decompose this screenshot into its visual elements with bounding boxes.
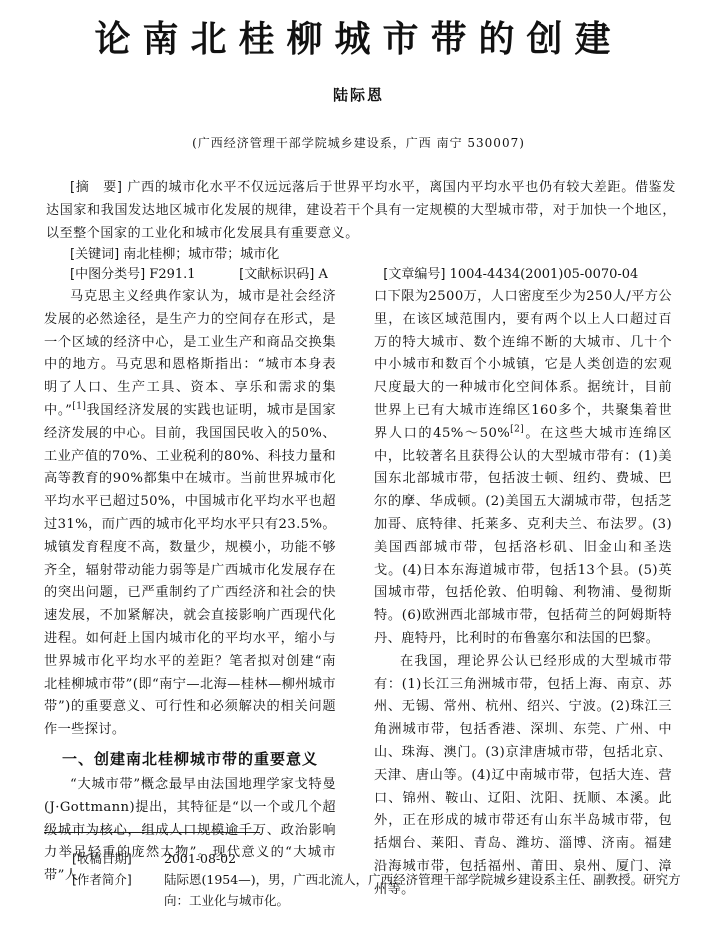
doc-code-value: A [318,267,327,282]
received-value: 2001-08-02 [164,848,692,869]
author-bio: [作者简介] 陆际恩(1954—)，男，广西北流人，广西经济管理干部学院城乡建设… [72,869,692,911]
document-code: [文献标识码] A [239,265,379,285]
left-column: 马克思主义经典作家认为，城市是社会经济发展的必然途径，是生产力的空间存在形式，是… [44,286,336,888]
citation-ref: [1] [72,402,86,412]
received-label: [收稿日期] [72,848,164,869]
abstract-text: 广西的城市化水平不仅远远落后于世界平均水平，离国内平均水平也仍有较大差距。借鉴发… [46,180,676,241]
keywords-text: 南北桂柳；城市带；城市化 [123,247,279,262]
keywords: [关键词] 南北桂柳；城市带；城市化 [70,245,279,265]
paper-title: 论南北桂柳城市带的创建 [0,18,717,62]
clc-label: [中图分类号] [70,267,145,282]
footnote: [收稿日期] 2001-08-02 [作者简介] 陆际恩(1954—)，男，广西… [72,848,692,911]
paragraph: 马克思主义经典作家认为，城市是社会经济发展的必然途径，是生产力的空间存在形式，是… [44,286,336,742]
clc-value: F291.1 [149,267,195,282]
footnote-divider [44,832,260,833]
classification-row: [中图分类号] F291.1 [文献标识码] A [文章编号] 1004-443… [70,265,690,285]
bio-value: 陆际恩(1954—)，男，广西北流人，广西经济管理干部学院城乡建设系主任、副教授… [164,869,692,911]
paragraph-text: 我国经济发展的实践也证明，城市是国家经济发展的中心。目前，我国国民收入的50%、… [44,403,336,737]
bio-label: [作者简介] [72,869,164,911]
keywords-label: [关键词] [70,247,119,262]
paragraph-text: 。在这些大城市连绵区中，比较著名且获得公认的大型城市带有：(1)美国东北部城市带… [374,426,672,646]
paragraph: 口下限为2500万，人口密度至少为250人/平方公里，在该区域范围内，要有两个以… [374,286,672,651]
section-heading: 一、创建南北桂柳城市带的重要意义 [44,746,336,772]
received-date: [收稿日期] 2001-08-02 [72,848,692,869]
clc-number: [中图分类号] F291.1 [70,265,235,285]
article-no-value: 1004-4434(2001)05-0070-04 [450,267,639,282]
paragraph-text: 马克思主义经典作家认为，城市是社会经济发展的必然途径，是生产力的空间存在形式，是… [44,289,336,418]
author-affiliation: (广西经济管理干部学院城乡建设系，广西 南宁 530007) [0,134,717,151]
paragraph-text: 口下限为2500万，人口密度至少为250人/平方公里，在该区域范围内，要有两个以… [374,289,672,441]
article-number: [文章编号] 1004-4434(2001)05-0070-04 [383,265,638,285]
abstract: [摘 要] 广西的城市化水平不仅远远落后于世界平均水平，离国内平均水平也仍有较大… [46,176,676,245]
abstract-label: [摘 要] [70,180,123,195]
author-name: 陆际恩 [0,84,717,105]
article-no-label: [文章编号] [383,267,445,282]
citation-ref: [2] [510,424,524,434]
right-column: 口下限为2500万，人口密度至少为250人/平方公里，在该区域范围内，要有两个以… [374,286,672,902]
doc-code-label: [文献标识码] [239,267,314,282]
